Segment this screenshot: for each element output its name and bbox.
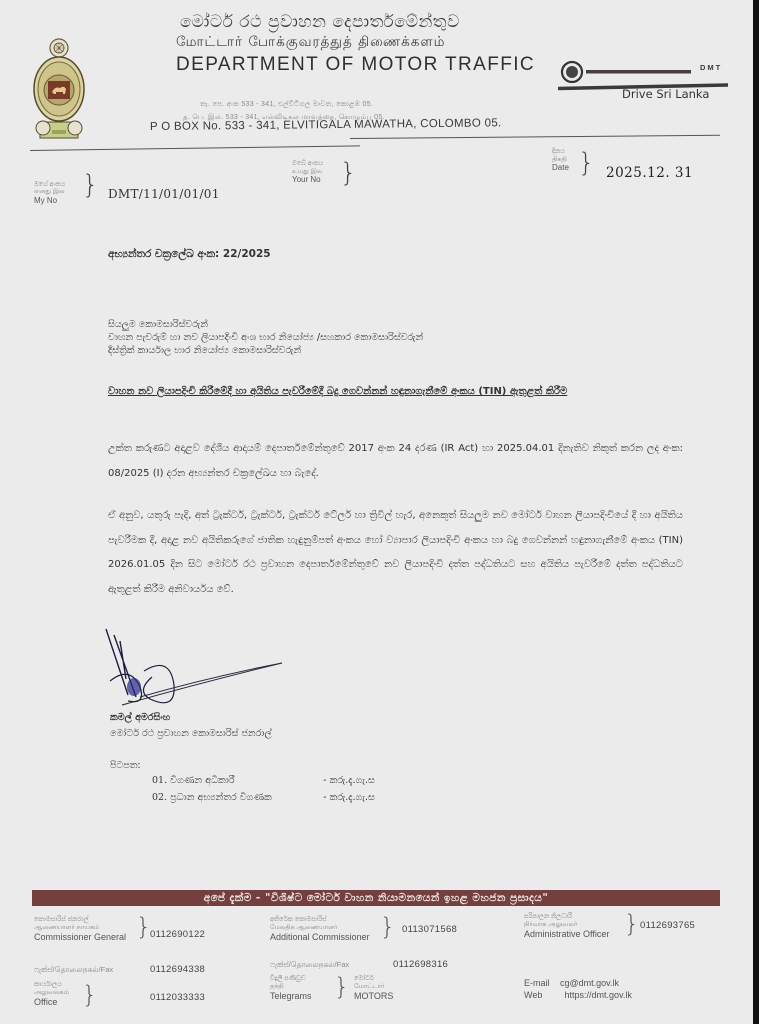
department-title-english: DEPARTMENT OF MOTOR TRAFFIC [176, 54, 535, 76]
date-label-si: දිනය [552, 148, 569, 156]
paragraph-2: ඒ අනුව, යතුරු පැදි, අත් ට්‍රැක්ටර්, ට්‍ර… [108, 504, 683, 602]
web-row: Web https://dmt.gov.lk [524, 990, 632, 1000]
department-title-sinhala: මෝටර් රථ ප්‍රවාහන දෙපාර්තමේන්තුව [180, 12, 460, 32]
address-english: P O BOX No. 533 - 341, ELVITIGALA MAWATH… [150, 117, 502, 133]
my-no-label: මගේ අංකය මගේ අංකය எனது இல My No [34, 173, 65, 205]
addressee: සියලුම කොමසාරිස්වරුන් [108, 318, 423, 331]
copy-item: 01. විගණන අධිකාරී - කරු.දැ.ගැ.ස [152, 775, 375, 786]
motto-banner: අපේ දැක්ම - "විශිෂ්ට මෝටර් වාහන නියාමනයෙ… [32, 890, 720, 906]
brace: } [624, 912, 639, 936]
brace: } [82, 983, 97, 1007]
contact-additional-commissioner: අතිරේක කොමසාරිස් மேலதிக ஆணையாளர் Additio… [270, 916, 370, 942]
addressee: දිස්ත්‍රික් කාර්යාල භාර නියෝජ්‍ය කොමසාරි… [108, 344, 423, 357]
brace: } [380, 915, 395, 939]
copy-item: 02. ප්‍රධාන අභ්‍යන්තර විගණක - කරු.දැ.ගැ.… [152, 792, 375, 803]
telegram-address: මෝටර් மோட்டார் MOTORS [354, 975, 393, 1001]
email-link[interactable]: cg@dmt.gov.lk [560, 978, 619, 988]
phone-office[interactable]: 0112033333 [150, 992, 205, 1003]
addressee: වාහන පැවරුම් හා නව ලියාපදිංචි අංශ භාර නි… [108, 331, 423, 344]
copy-number: 02. [152, 792, 167, 803]
fax-number-1[interactable]: 0112694338 [150, 964, 205, 975]
address-sinhala: තැ. පෙ. අංක 533 - 341, එල්විටිගල මාවත, ක… [200, 101, 373, 109]
copy-note: - කරු.දැ.ගැ.ස [323, 792, 375, 803]
your-no-label-en: Your No [292, 175, 323, 184]
email-label: E-mail [524, 978, 550, 988]
copy-recipient: විගණන අධිකාරී [170, 775, 320, 786]
contact-administrative-officer: පරිපාලන නිලධාරී நிர்வாக அலுவலர் Administ… [524, 913, 609, 939]
brace: } [578, 150, 595, 176]
phone-additional-commissioner[interactable]: 0113071568 [402, 924, 457, 935]
signatory-title: මෝටර් රථ ප්‍රවාහන කොමසාරිස් ජනරාල් [110, 728, 272, 739]
national-emblem-icon [32, 34, 86, 146]
dmt-abbr: DMT [700, 63, 722, 72]
circular-number: අභ්‍යන්තර චක්‍රලේඛ අංක: 22/2025 [108, 248, 271, 261]
date-label-ta: திகதி [552, 156, 569, 164]
brace: } [334, 975, 349, 999]
web-link[interactable]: https://dmt.gov.lk [565, 990, 632, 1000]
brace: } [136, 915, 151, 939]
my-no-label-en: My No [34, 196, 65, 205]
addressee-list: සියලුම කොමසාරිස්වරුන් වාහන පැවරුම් හා නව… [108, 318, 423, 357]
my-no-label-ta: எனது இல [34, 188, 65, 196]
copy-number: 01. [152, 775, 167, 786]
copy-note: - කරු.දැ.ගැ.ස [323, 775, 375, 786]
phone-commissioner-general[interactable]: 0112690122 [150, 929, 205, 940]
letter-page: මෝටර් රථ ප්‍රවාහන දෙපාර්තමේන්තුව மோட்டார… [0, 0, 753, 1024]
brace: } [340, 160, 357, 186]
signatory-name: කමල් අමරසිංහ [110, 712, 170, 723]
fax-label: ෆැක්ස්/தொலைநகல்/Fax [270, 961, 349, 969]
copy-recipient: ප්‍රධාන අභ්‍යන්තර විගණක [170, 792, 320, 803]
contact-commissioner-general: කොමසාරිස් ජනරාල් ஆணையாளர் நாயகம் Commiss… [34, 916, 126, 942]
department-title-tamil: மோட்டார் போக்குவரத்துத் திணைக்களம் [176, 34, 445, 52]
your-no-label-ta: உமது இல [292, 168, 323, 176]
tagline: Drive Sri Lanka [622, 87, 709, 101]
date-value: 2025.12. 31 [606, 165, 693, 181]
fax-label: ෆැක්ස්/தொலைநகல்/Fax [34, 966, 113, 974]
phone-administrative-officer[interactable]: 0112693765 [640, 920, 695, 931]
date-label-en: Date [552, 163, 569, 172]
paragraph-1: උක්ත කරුණට අදාළව දේශීය ආදායම් දෙපාර්තමේන… [108, 437, 683, 486]
signature-icon [100, 625, 290, 715]
fax-number-2[interactable]: 0112698316 [393, 959, 448, 970]
copies-label: පිටපත: [110, 760, 141, 771]
my-no-value: DMT/11/01/01/01 [108, 187, 220, 201]
subject-line: වාහන නව ලියාපදිංචි කිරීමේදී හා අයිතිය පැ… [108, 382, 678, 402]
your-no-label-si: ඔබේ අංකය [292, 160, 323, 168]
contact-telegrams: විදුලි පණිවුඩ தந்தி Telegrams [270, 975, 312, 1001]
date-label: දිනය திகதி Date [552, 148, 569, 172]
web-label: Web [524, 990, 562, 1000]
your-no-label: ඔබේ අංකය உமது இல Your No [292, 160, 323, 184]
my-no-label-si: මගේ අංකය [34, 181, 65, 189]
header-divider-left [30, 145, 360, 151]
header-divider-right [350, 135, 720, 139]
brace: } [82, 172, 99, 198]
contact-office: කාර්යාලය அலுவலகம் Office [34, 981, 69, 1007]
email-row: E-mail cg@dmt.gov.lk [524, 978, 619, 988]
